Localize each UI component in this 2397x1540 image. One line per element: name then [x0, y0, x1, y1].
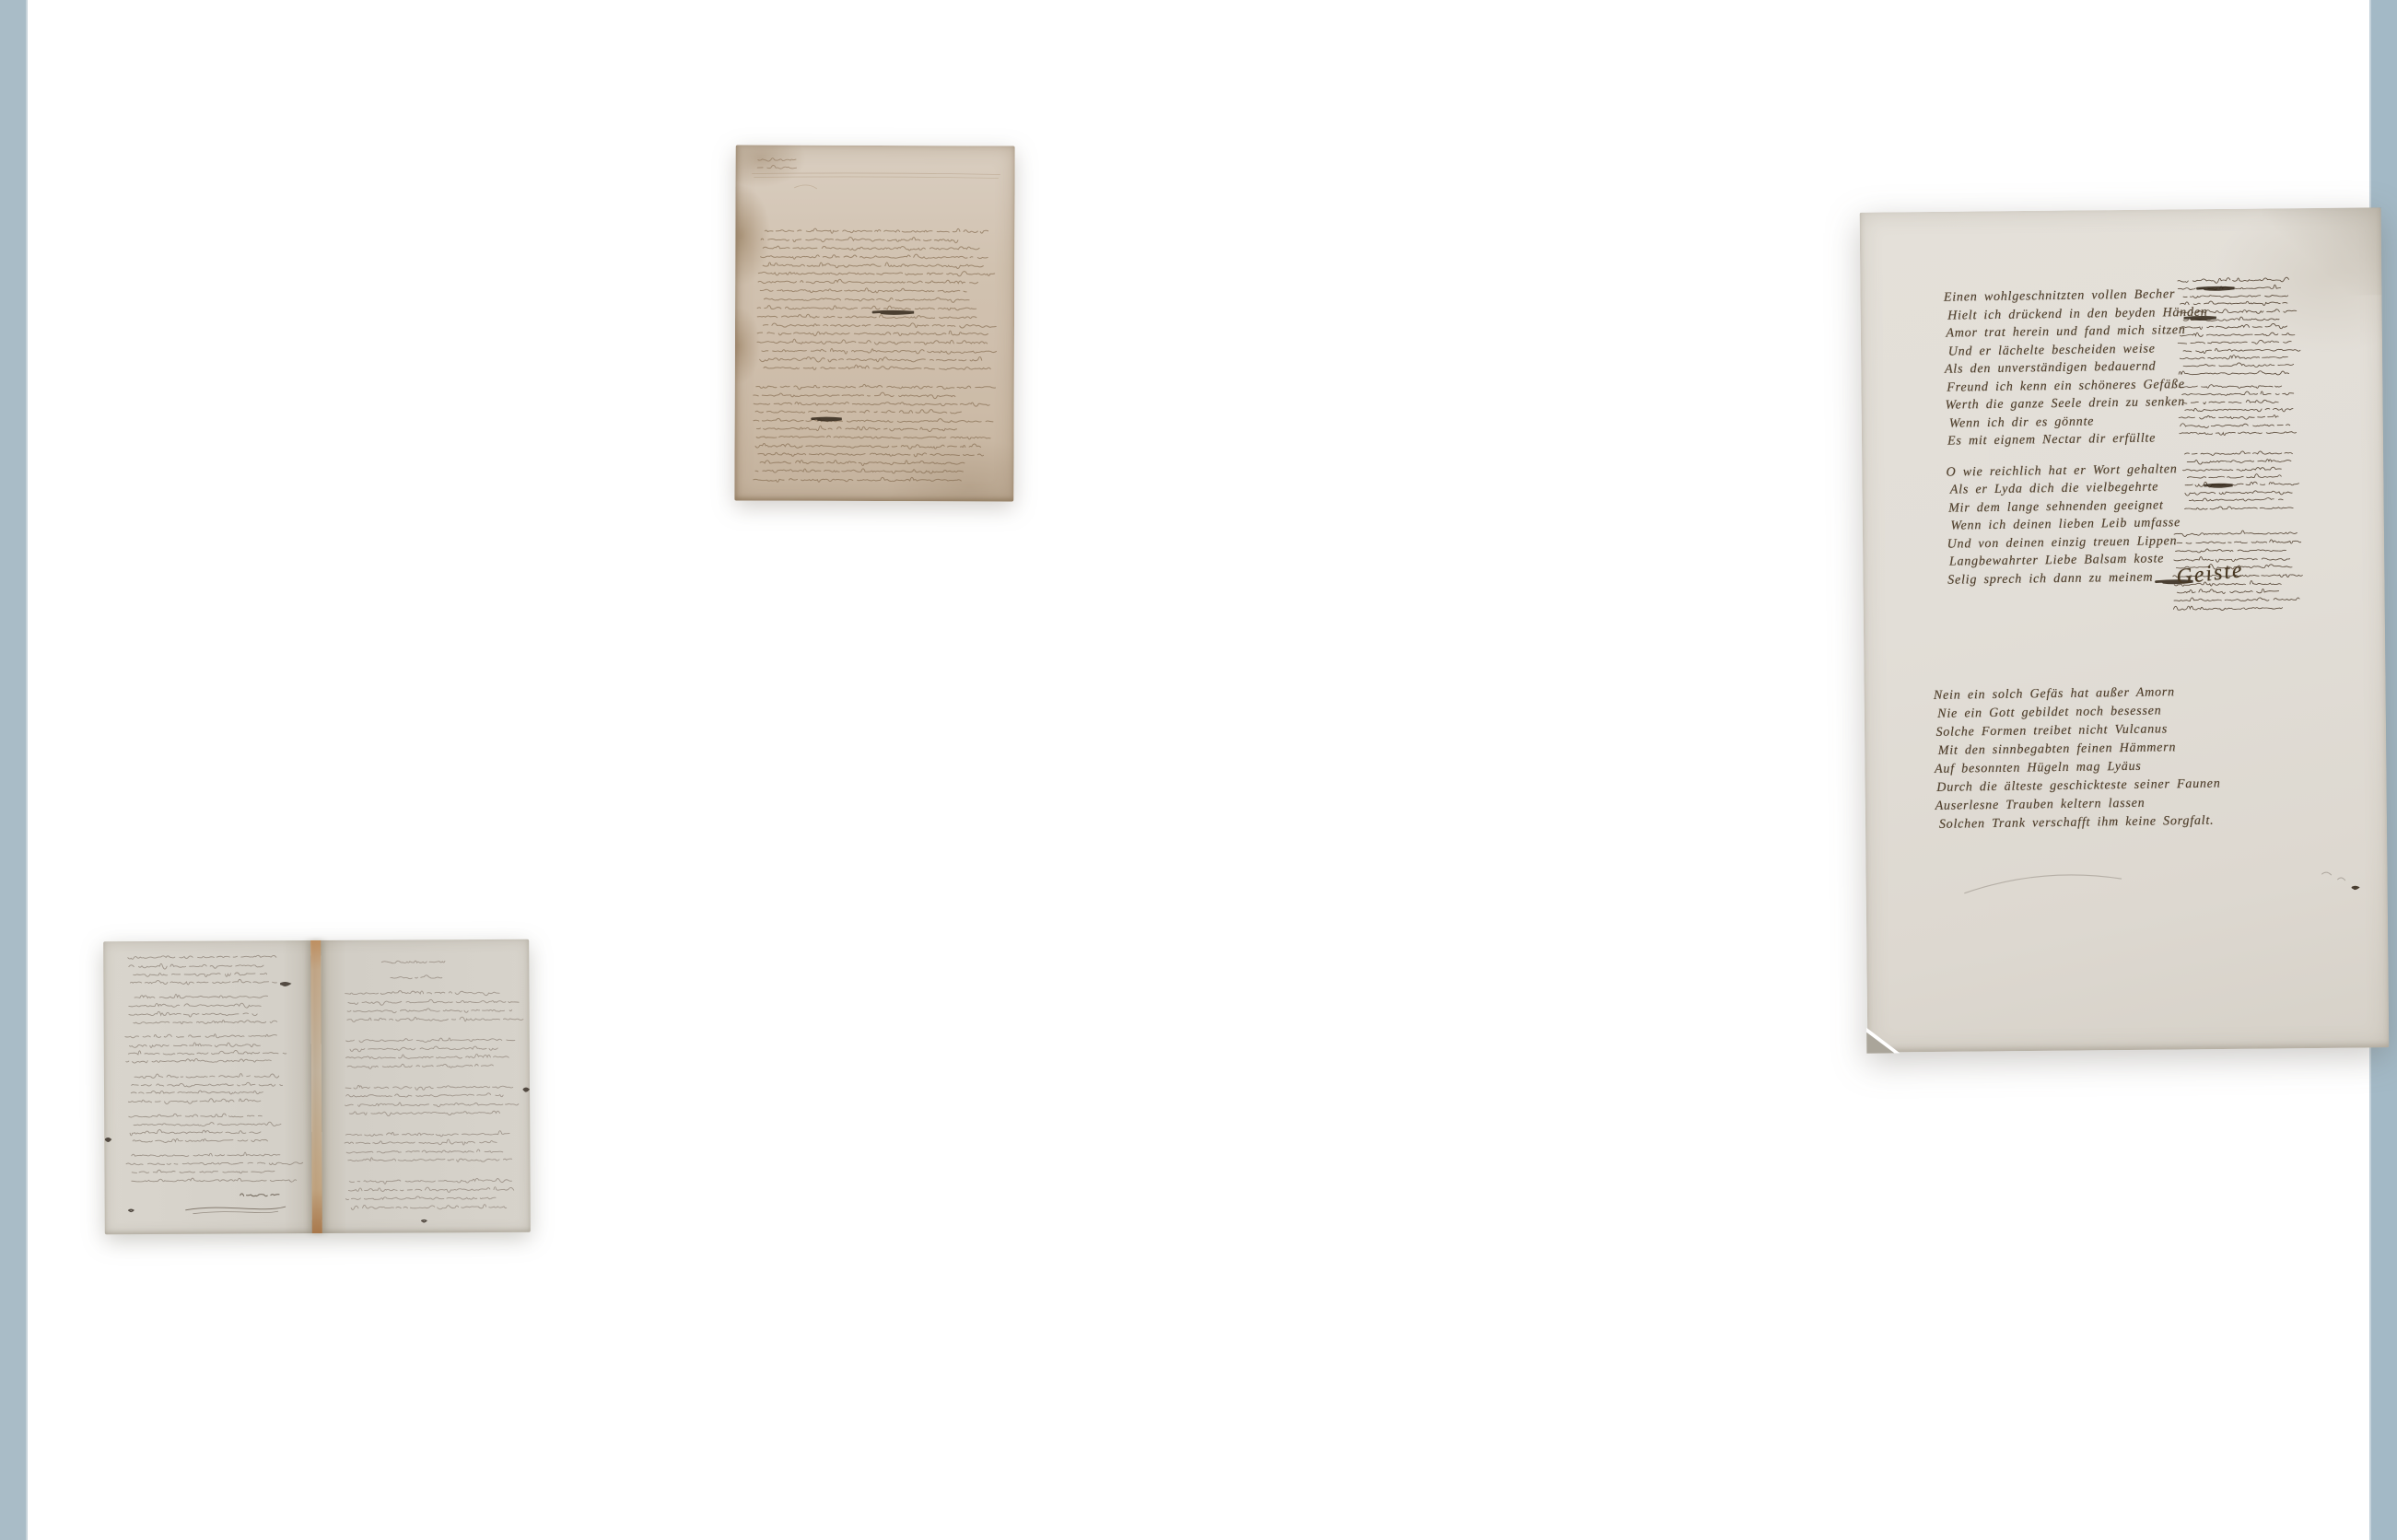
bifolium-right-page-scribbles — [321, 939, 531, 1233]
manuscript-photo-draft-page — [735, 146, 1014, 501]
poem-stanza-1: Einen wohlgeschnitzten vollen BecherHiel… — [1944, 285, 2382, 452]
poem-paper-surface: Einen wohlgeschnitzten vollen BecherHiel… — [1860, 207, 2390, 1052]
dogear-fold — [1866, 1032, 1894, 1053]
left-border-strip — [0, 0, 28, 1540]
draft-handwriting-scribbles — [734, 145, 1014, 501]
bifolium-left-page-scribbles — [103, 940, 312, 1234]
poem-stanza-3: Nein ein solch Gefäs hat außer AmornNie … — [1934, 682, 2388, 836]
catalog-page: Einen wohlgeschnitzten vollen BecherHiel… — [0, 0, 2397, 1540]
poem-stanza-2: O wie reichlich hat er Wort gehaltenAls … — [1946, 460, 2384, 591]
manuscript-photo-goethe-poem: Einen wohlgeschnitzten vollen BecherHiel… — [1864, 210, 2385, 1050]
bifolium-paper-surface — [103, 939, 531, 1234]
poem-text: Einen wohlgeschnitzten vollen BecherHiel… — [1858, 206, 2391, 1054]
draft-paper-surface — [734, 145, 1014, 501]
manuscript-photo-verse-bifolium — [104, 940, 530, 1233]
